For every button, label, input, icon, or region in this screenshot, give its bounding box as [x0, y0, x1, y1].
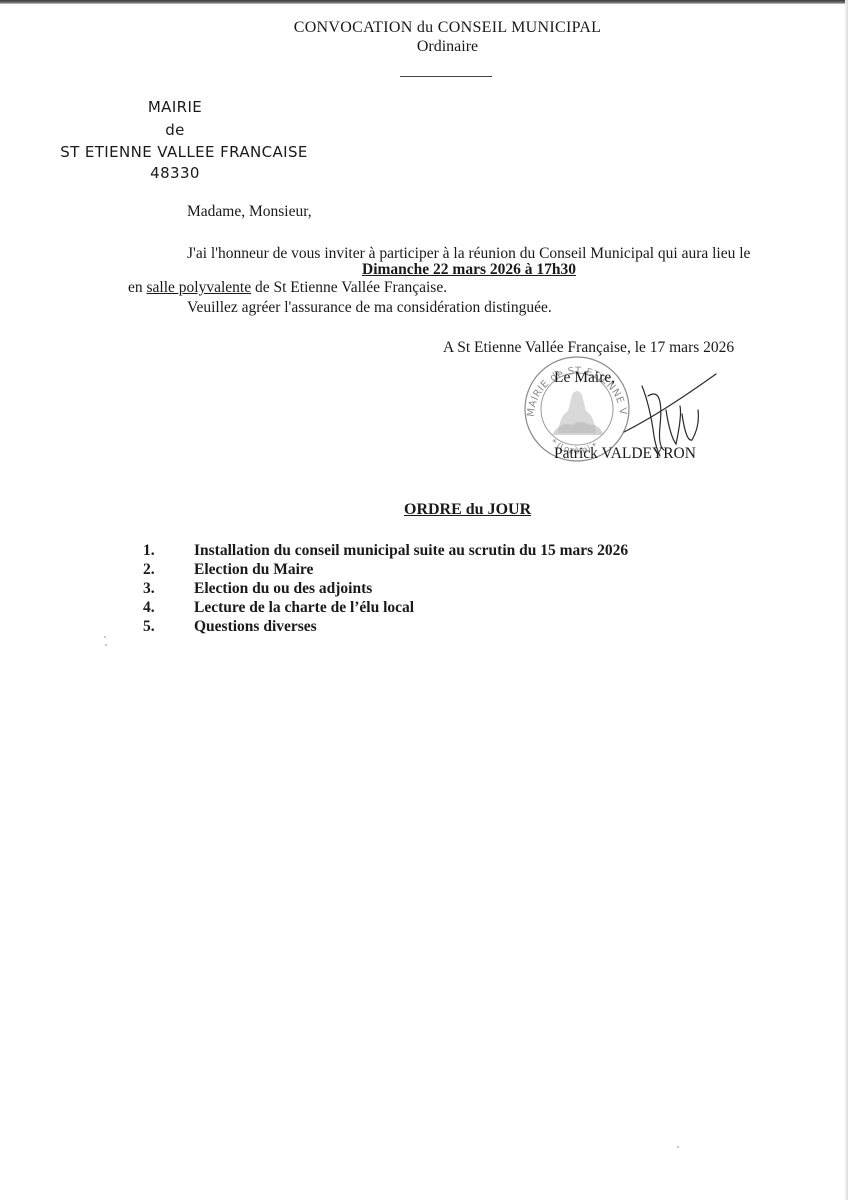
agenda-item-label: Lecture de la charte de l’élu local — [194, 598, 414, 617]
agenda-item-number: 3. — [143, 579, 194, 598]
agenda-title: ORDRE du JOUR — [404, 501, 531, 519]
document-subtitle: Ordinaire — [0, 38, 848, 56]
sender-commune: ST ETIENNE VALLEE FRANCAISE — [48, 143, 320, 161]
agenda-item-number: 5. — [143, 617, 194, 636]
agenda-item-label: Installation du conseil municipal suite … — [194, 541, 628, 560]
greeting: Madame, Monsieur, — [187, 203, 312, 221]
agenda-item-label: Election du Maire — [194, 560, 313, 579]
scan-speck — [105, 644, 107, 646]
mayor-name: Patrick VALDEYRON — [554, 445, 696, 463]
agenda-item: 5. Questions diverses — [143, 617, 628, 636]
place-venue: salle polyvalente — [147, 279, 252, 296]
agenda-item-label: Questions diverses — [194, 617, 317, 636]
sender-de: de — [60, 121, 290, 139]
place-prefix: en — [128, 279, 143, 296]
scan-top-edge — [0, 0, 848, 4]
agenda-list: 1. Installation du conseil municipal sui… — [143, 541, 628, 636]
scan-speck — [677, 1146, 679, 1148]
sender-mairie: MAIRIE — [60, 98, 290, 116]
mayor-title: Le Maire, — [554, 369, 615, 387]
agenda-item: 4. Lecture de la charte de l’élu local — [143, 598, 628, 617]
meeting-place: en salle polyvalente de St Etienne Vallé… — [128, 279, 447, 297]
agenda-item-number: 2. — [143, 560, 194, 579]
closing-formula: Veuillez agréer l'assurance de ma consid… — [187, 299, 552, 317]
meeting-datetime: Dimanche 22 mars 2026 à 17h30 — [362, 261, 576, 279]
sender-postcode: 48330 — [60, 164, 290, 182]
title-divider — [400, 76, 492, 77]
place-suffix: de St Etienne Vallée Française. — [255, 279, 447, 296]
agenda-item-label: Election du ou des adjoints — [194, 579, 372, 598]
document-title: CONVOCATION du CONSEIL MUNICIPAL — [0, 19, 848, 37]
agenda-item: 1. Installation du conseil municipal sui… — [143, 541, 628, 560]
agenda-item: 2. Election du Maire — [143, 560, 628, 579]
scan-speck — [104, 636, 106, 638]
agenda-item: 3. Election du ou des adjoints — [143, 579, 628, 598]
agenda-item-number: 4. — [143, 598, 194, 617]
agenda-item-number: 1. — [143, 541, 194, 560]
